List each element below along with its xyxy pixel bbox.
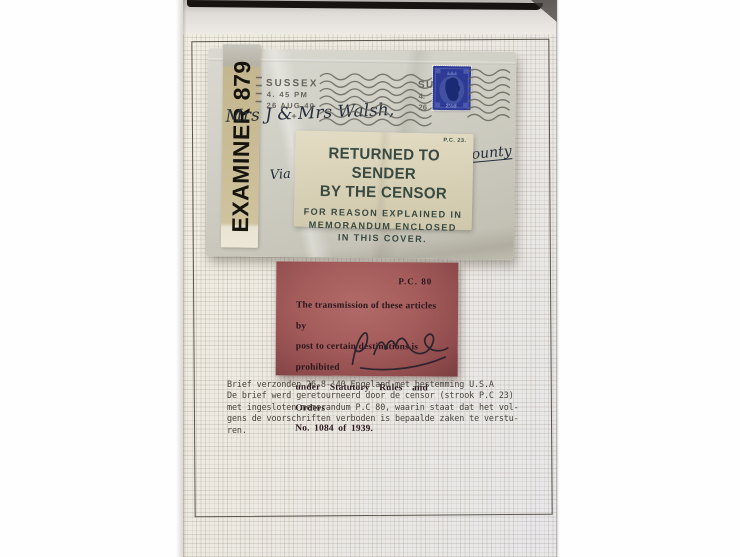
squared-album-page: EXAMINER 879 2½d <box>183 0 557 557</box>
album-photo: EXAMINER 879 2½d <box>0 0 740 557</box>
postmark-date: 26 AUG 40 <box>267 101 316 111</box>
caption-line: ren. <box>227 425 537 436</box>
memo-form-code: P.C. 80 <box>398 276 432 286</box>
signature-ink <box>341 320 455 379</box>
postmark-dashes <box>256 77 262 103</box>
caption-line: gens de voorschriften verboden is bepaal… <box>227 413 537 424</box>
machine-postmark: SUSSEX 4. 45 PM 26 AUG 40 + SU 4. 26 <box>253 63 516 130</box>
postmark-office: SUSSEX <box>266 78 319 90</box>
examiner-tape-text: EXAMINER 879 <box>227 60 256 232</box>
caption-line: met ingesloten memorandum P.C 80, waarin… <box>227 402 537 413</box>
label-title-line2: BY THE CENSOR <box>297 181 470 204</box>
typed-caption: Brief verzonden 26-8-'40 Engeland met be… <box>227 379 537 436</box>
label-body-line3: IN THIS COVER. <box>295 230 470 246</box>
pc80-memorandum-card: P.C. 80 The transmission of these articl… <box>276 261 459 376</box>
caption-line: Brief verzonden 26-8-'40 Engeland met be… <box>227 379 537 390</box>
label-form-code: P.C. 23. <box>443 138 466 144</box>
page-left-shadow <box>176 0 186 557</box>
page-right-edge <box>556 0 559 557</box>
censored-envelope: EXAMINER 879 2½d <box>206 48 517 260</box>
cancel-wavy-lines-right <box>467 69 510 121</box>
label-title-line1: RETURNED TO SENDER <box>297 143 470 185</box>
cancel-wavy-lines-left <box>319 73 432 125</box>
postmark-cross: + <box>291 111 296 121</box>
caption-line: De brief werd geretourneerd door de cens… <box>227 390 537 401</box>
postmark-time: 4. 45 PM <box>267 90 309 100</box>
returned-to-sender-label: P.C. 23. RETURNED TO SENDER BY THE CENSO… <box>294 130 474 230</box>
